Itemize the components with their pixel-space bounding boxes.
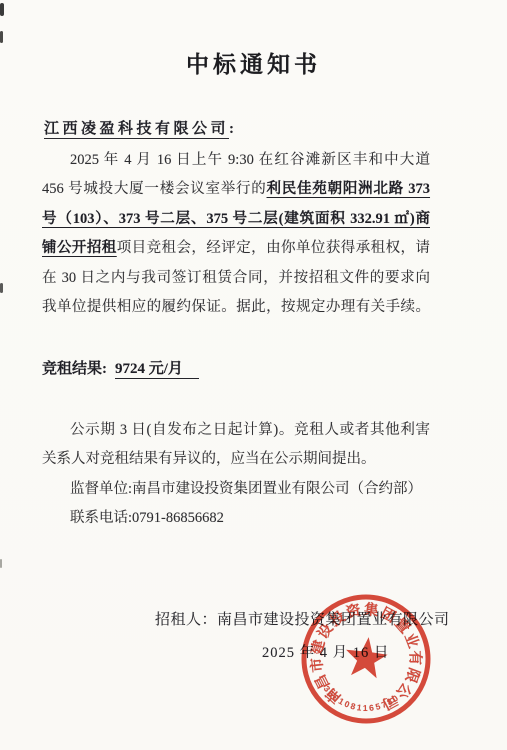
seal-star-icon — [343, 635, 389, 680]
publicity-line-1: 公示期 3 日(自发布之日起计算)。竞租人或者其他利害 — [42, 416, 430, 445]
scan-artifact — [0, 283, 3, 293]
main-paragraph-line-3: 号（103）、373 号二层、375 号二层(建筑面积 332.91 ㎡)商 — [42, 205, 430, 234]
main-paragraph: 2025 年 4 月 16 日上午 9:30 在红谷滩新区丰和中大道 456 号… — [42, 146, 430, 322]
publicity-paragraph: 公示期 3 日(自发布之日起计算)。竞租人或者其他利害 关系人对竞租结果有异议的… — [42, 416, 430, 534]
phone-line: 联系电话:0791-86856682 — [42, 504, 430, 533]
supervisor-line: 监督单位:南昌市建设投资集团置业有限公司（合约部） — [42, 475, 430, 504]
scan-artifact — [0, 3, 4, 16]
company-seal: 南昌市建设投资集团置业有限公司 3601081165780 — [289, 582, 443, 736]
project-name-emphasis: 利民佳苑朝阳洲北路 373 — [267, 181, 430, 197]
scan-artifact — [0, 559, 2, 568]
recipient-colon: : — [229, 121, 238, 137]
main-paragraph-line-5: 在 30 日之内与我司签订租赁合同，并按招租文件的要求向 — [42, 264, 430, 293]
project-name-emphasis: 铺公开招租 — [42, 240, 117, 256]
bid-result-label: 竞租结果: — [42, 361, 107, 377]
main-paragraph-line-6: 我单位提供相应的履约保证。据此，按规定办理有关手续。 — [42, 293, 430, 322]
project-name-emphasis: 号（103）、373 号二层、375 号二层(建筑面积 332.91 ㎡)商 — [42, 211, 430, 227]
bid-result-value: 9724 元/月 — [115, 361, 199, 379]
main-paragraph-line-2: 456 号城投大厦一楼会议室举行的利民佳苑朝阳洲北路 373 — [42, 175, 430, 204]
recipient-line: 江西凌盈科技有限公司: — [44, 117, 238, 141]
document-page: 中标通知书 江西凌盈科技有限公司: 2025 年 4 月 16 日上午 9:30… — [0, 0, 507, 750]
main-paragraph-line-1: 2025 年 4 月 16 日上午 9:30 在红谷滩新区丰和中大道 — [42, 146, 430, 175]
bid-result-line: 竞租结果:9724 元/月 — [42, 355, 199, 384]
recipient-name: 江西凌盈科技有限公司 — [44, 121, 229, 139]
publicity-line-2: 关系人对竞租结果有异议的，应当在公示期间提出。 — [42, 445, 430, 474]
main-paragraph-line-4: 铺公开招租项目竞租会，经评定，由你单位获得承租权，请 — [42, 234, 430, 263]
document-title: 中标通知书 — [0, 46, 507, 79]
scan-artifact — [0, 31, 3, 43]
